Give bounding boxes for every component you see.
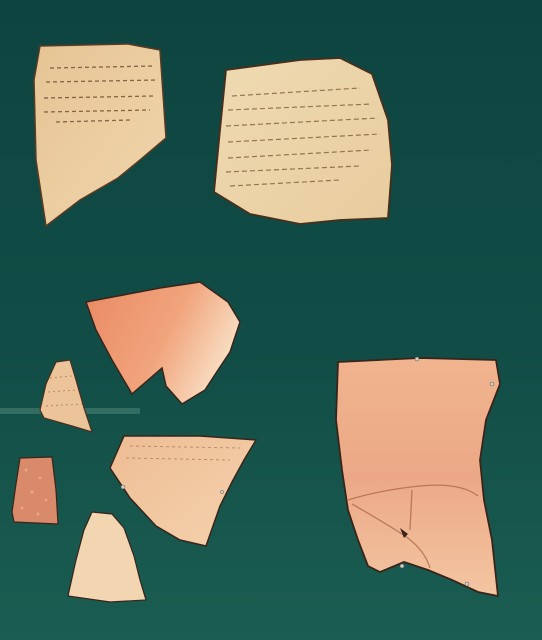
shard-top-right [214,58,392,224]
ostraca-photograph: Photograph of inscribed pottery shards (… [0,0,542,640]
shard-small-red [12,457,58,524]
photo-canvas [0,0,542,640]
